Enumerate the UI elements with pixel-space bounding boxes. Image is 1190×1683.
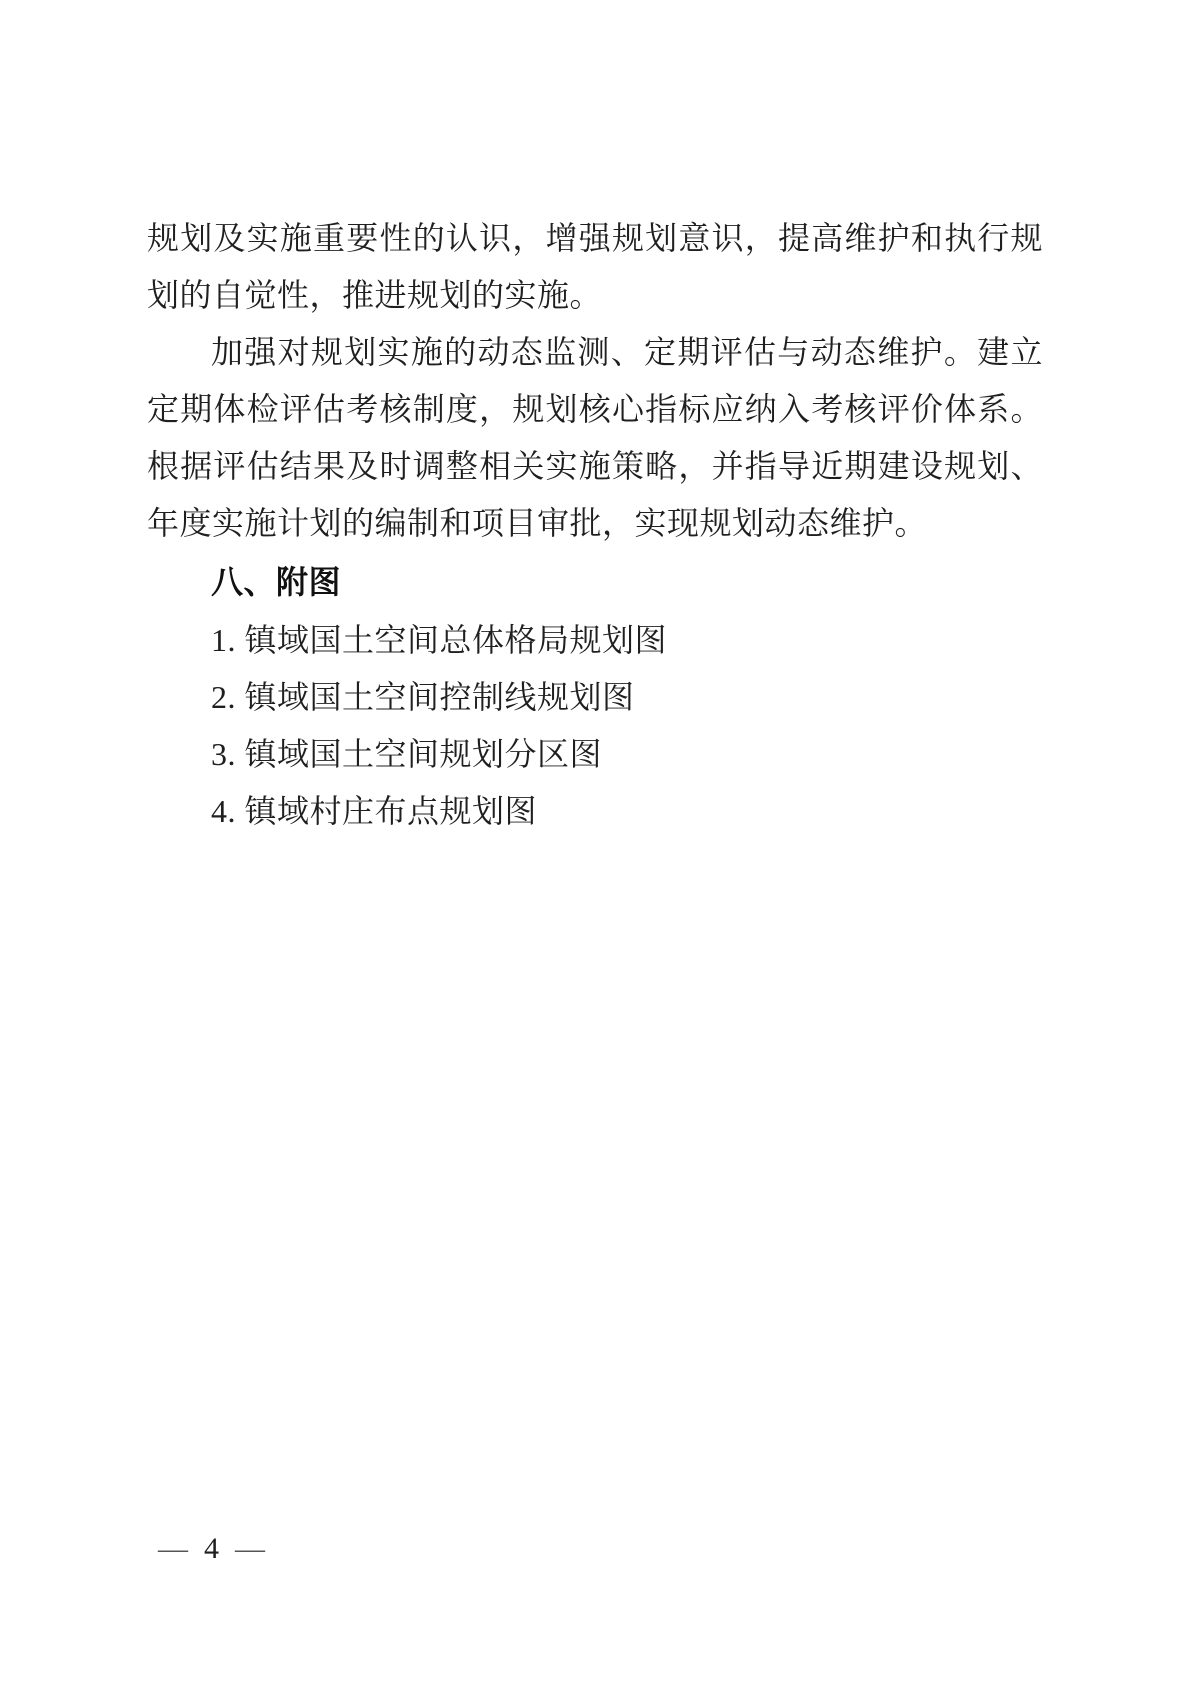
figure-list-item-4: 4. 镇域村庄布点规划图 bbox=[147, 783, 1043, 840]
figure-list-item-3: 3. 镇域国土空间规划分区图 bbox=[147, 726, 1043, 783]
document-body: 规划及实施重要性的认识，增强规划意识，提高维护和执行规划的自觉性，推进规划的实施… bbox=[147, 210, 1043, 840]
figure-list-item-1: 1. 镇域国土空间总体格局规划图 bbox=[147, 612, 1043, 669]
figure-list-item-2: 2. 镇域国土空间控制线规划图 bbox=[147, 669, 1043, 726]
page-footer: — 4 — bbox=[158, 1532, 265, 1566]
page-number: 4 bbox=[204, 1532, 219, 1566]
document-page: 规划及实施重要性的认识，增强规划意识，提高维护和执行规划的自觉性，推进规划的实施… bbox=[0, 0, 1190, 1683]
footer-left-dash: — bbox=[158, 1532, 188, 1566]
body-paragraph-continuation: 规划及实施重要性的认识，增强规划意识，提高维护和执行规划的自觉性，推进规划的实施… bbox=[147, 210, 1043, 324]
section-heading: 八、附图 bbox=[147, 552, 1043, 612]
body-paragraph: 加强对规划实施的动态监测、定期评估与动态维护。建立定期体检评估考核制度，规划核心… bbox=[147, 324, 1043, 552]
footer-right-dash: — bbox=[235, 1532, 265, 1566]
